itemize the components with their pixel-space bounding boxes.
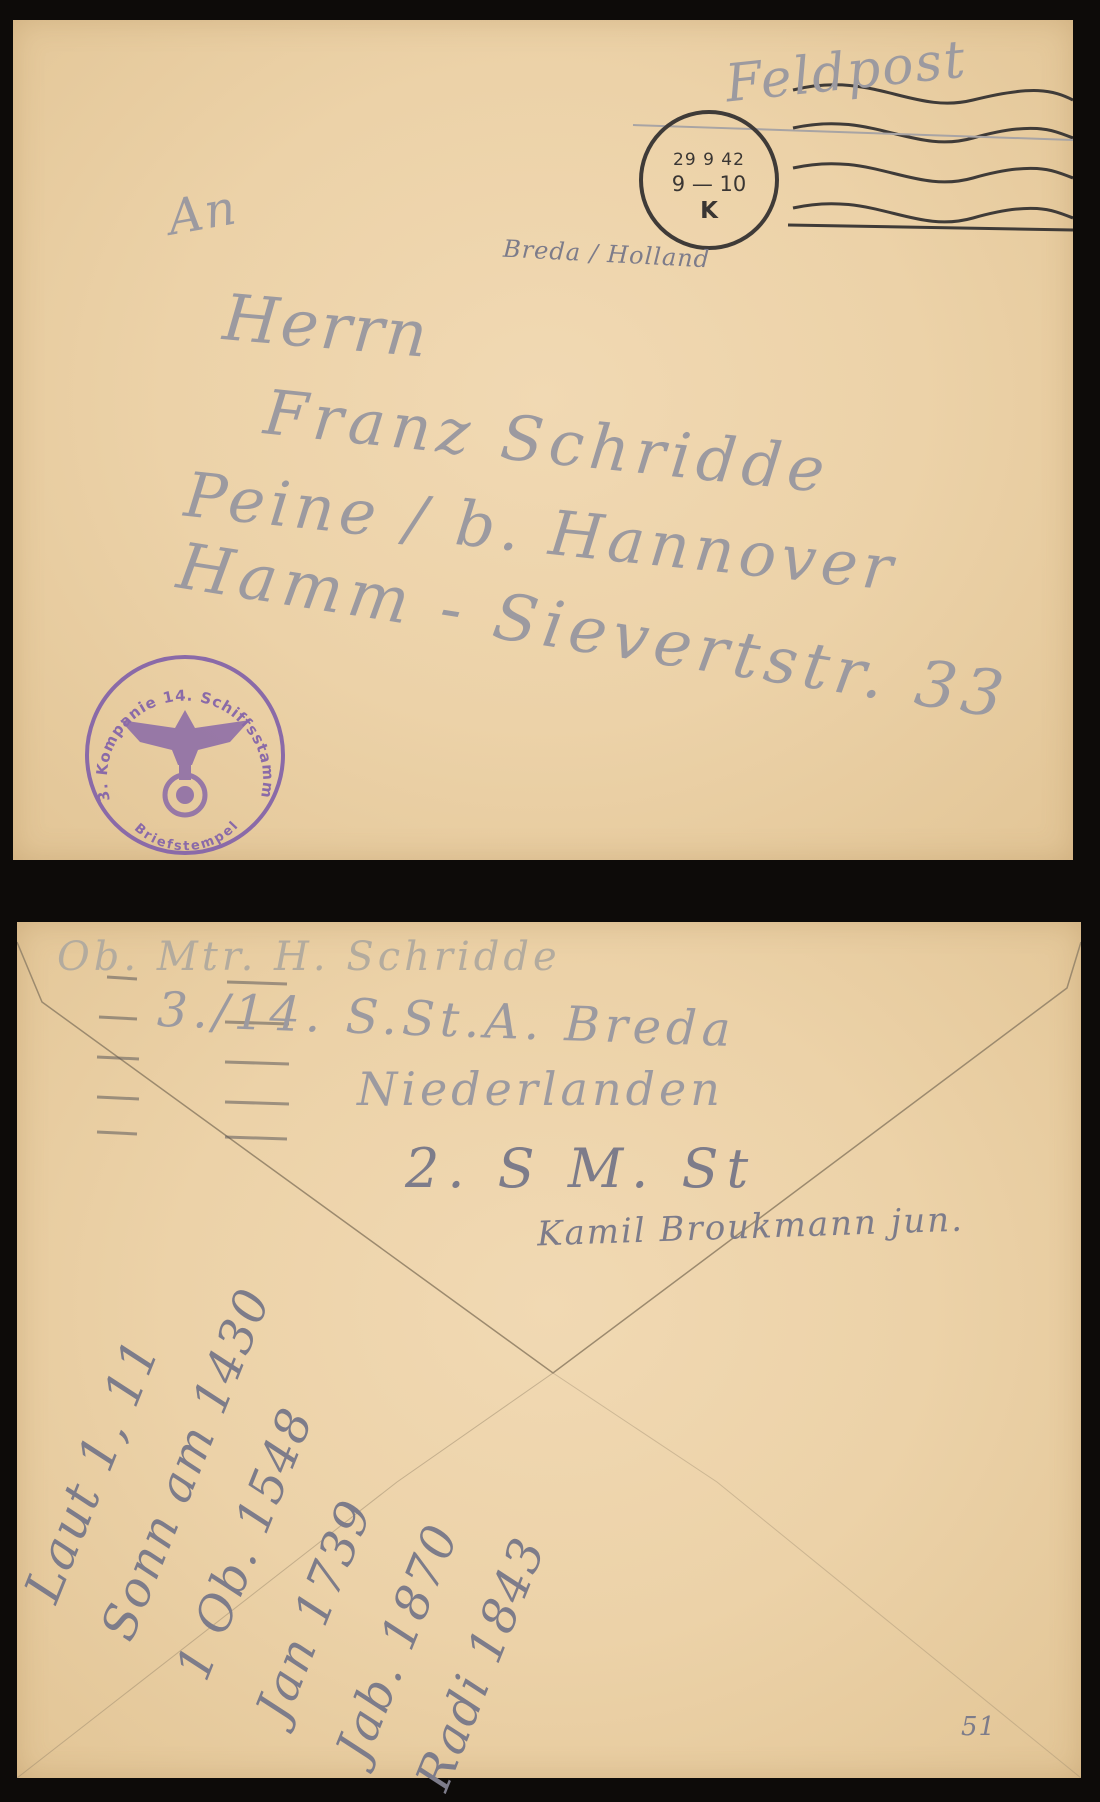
unit-note: 2. S M. St bbox=[405, 1137, 756, 1200]
postmark-date: 29 9 42 bbox=[643, 150, 775, 170]
envelope-back: Ob. Mtr. H. Schridde 3./14. S.St.A. Bred… bbox=[17, 922, 1081, 1778]
sender-line-1: Ob. Mtr. H. Schridde bbox=[57, 934, 561, 980]
tally-value: 1843 bbox=[456, 1529, 557, 1671]
eagle-emblem-icon bbox=[120, 710, 250, 815]
postmark: 29 9 42 9 — 10 K bbox=[639, 110, 779, 250]
postmark-code: K bbox=[643, 198, 775, 224]
sender-line-3: Niederlanden bbox=[357, 1062, 724, 1116]
unit-stamp: 3. Kompanie 14. Schiffsstammabteilung Br… bbox=[80, 650, 290, 860]
tally-label: Jan bbox=[245, 1628, 329, 1728]
stamp-bottom-text: Briefstempel bbox=[131, 818, 242, 855]
tally-label: Radi bbox=[405, 1666, 502, 1798]
tally-value: 1, 11 bbox=[66, 1330, 171, 1479]
svg-text:Briefstempel: Briefstempel bbox=[131, 818, 242, 855]
tally-value: 1739 bbox=[283, 1492, 384, 1634]
tally-value: 1870 bbox=[370, 1516, 471, 1658]
tally-columns: Laut 1, 11 Sonn am 1430 1 Ob. 1548 Jan 1… bbox=[57, 1322, 617, 1772]
envelope-front: Feldpost 29 9 42 9 — 10 K Breda / Hollan… bbox=[13, 20, 1073, 860]
corner-note: 51 bbox=[961, 1712, 996, 1742]
tally-label: Jab. bbox=[325, 1653, 415, 1768]
address-salutation: An bbox=[164, 179, 242, 246]
tally-label: 1 Ob. bbox=[165, 1536, 270, 1688]
postmark-time: 9 — 10 bbox=[643, 172, 775, 196]
tally-value: 1548 bbox=[224, 1399, 325, 1541]
